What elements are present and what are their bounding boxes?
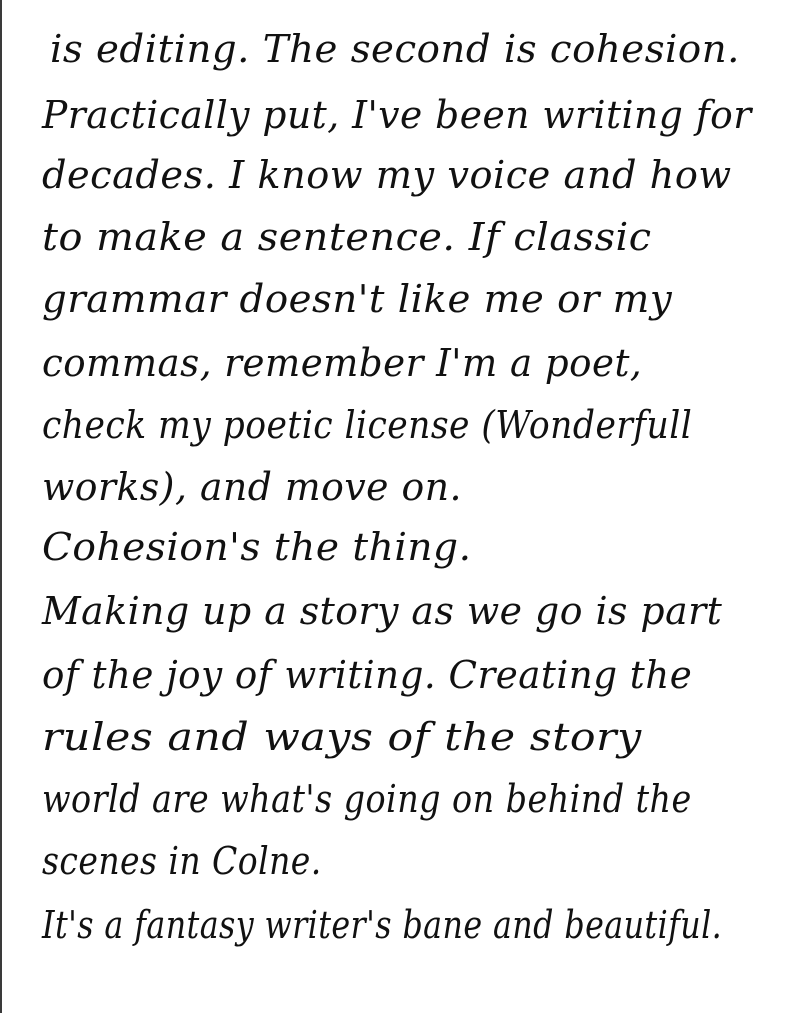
handwriting-line: Cohesion's the thing.: [42, 528, 472, 566]
handwritten-page: is editing. The second is cohesion. Prac…: [0, 0, 803, 1013]
handwriting-line: decades. I know my voice and how: [42, 156, 732, 194]
handwriting-line: check my poetic license (Wonderfull: [42, 406, 692, 444]
handwriting-line: Making up a story as we go is part: [42, 592, 722, 630]
handwriting-line: is editing. The second is cohesion.: [50, 30, 740, 68]
handwriting-line: of the joy of writing. Creating the: [42, 656, 692, 694]
handwriting-line: rules and ways of the story: [42, 718, 642, 756]
handwriting-line: works), and move on.: [42, 468, 462, 506]
handwriting-line: commas, remember I'm a poet,: [42, 344, 642, 382]
handwriting-line: It's a fantasy writer's bane and beautif…: [42, 906, 722, 944]
handwriting-line: to make a sentence. If classic: [42, 218, 652, 256]
handwriting-line: Practically put, I've been writing for: [42, 96, 752, 134]
handwriting-line: grammar doesn't like me or my: [42, 280, 672, 318]
handwriting-line: world are what's going on behind the: [42, 780, 692, 818]
handwriting-line: scenes in Colne.: [42, 842, 322, 880]
